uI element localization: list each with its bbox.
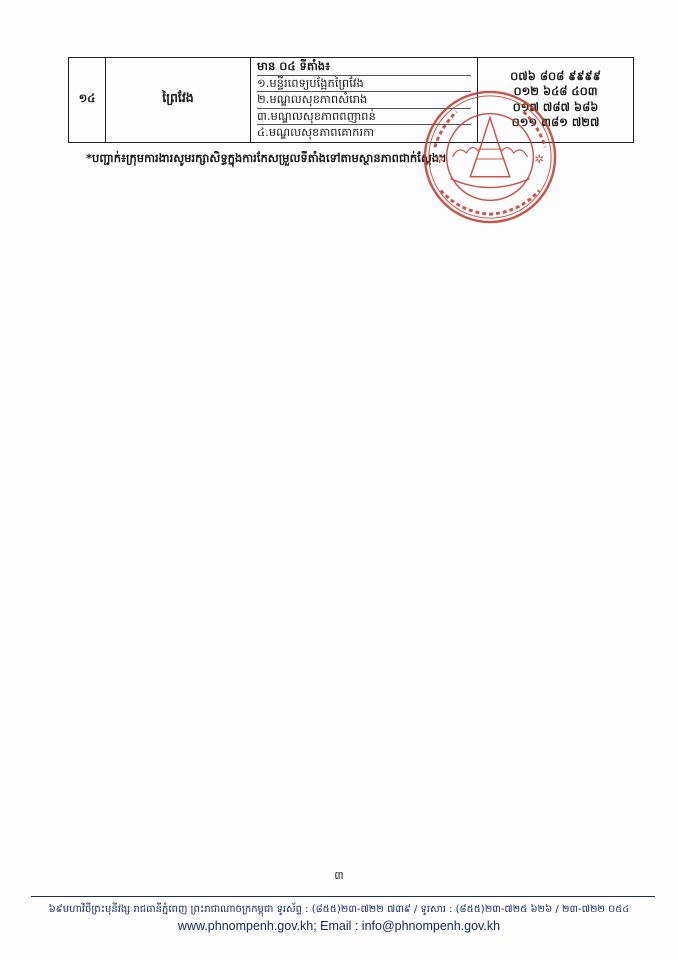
official-seal-icon: ✲ ✲ (421, 88, 559, 226)
document-page: ១៤ ព្រៃវែង មាន ០៤ ទីតាំង៖ ១.មន្ទីរពេទ្យប… (0, 0, 678, 960)
footer-address: ៦៩មហាវិថីព្រះមុនីវង្ស រាជធានីភ្នំពេញ ព្រ… (0, 902, 678, 917)
sites-heading: មាន ០៤ ទីតាំង៖ (257, 59, 471, 76)
row-number: ១៤ (69, 58, 106, 143)
province-name: ព្រៃវែង (106, 58, 251, 143)
page-number: ៣ (0, 869, 678, 885)
footer-divider (31, 896, 655, 897)
svg-text:✲: ✲ (534, 152, 544, 166)
phone-number: ០៧៦ ៨០៨ ៩៩៩៩ (484, 69, 627, 85)
footnote: *បញ្ជាក់៖ក្រុមការងារសូមរក្សាសិទ្ធក្នុងកា… (86, 151, 447, 168)
svg-text:✲: ✲ (435, 152, 445, 166)
footer-contact: www.phnompenh.gov.kh; Email : info@phnom… (0, 919, 678, 933)
